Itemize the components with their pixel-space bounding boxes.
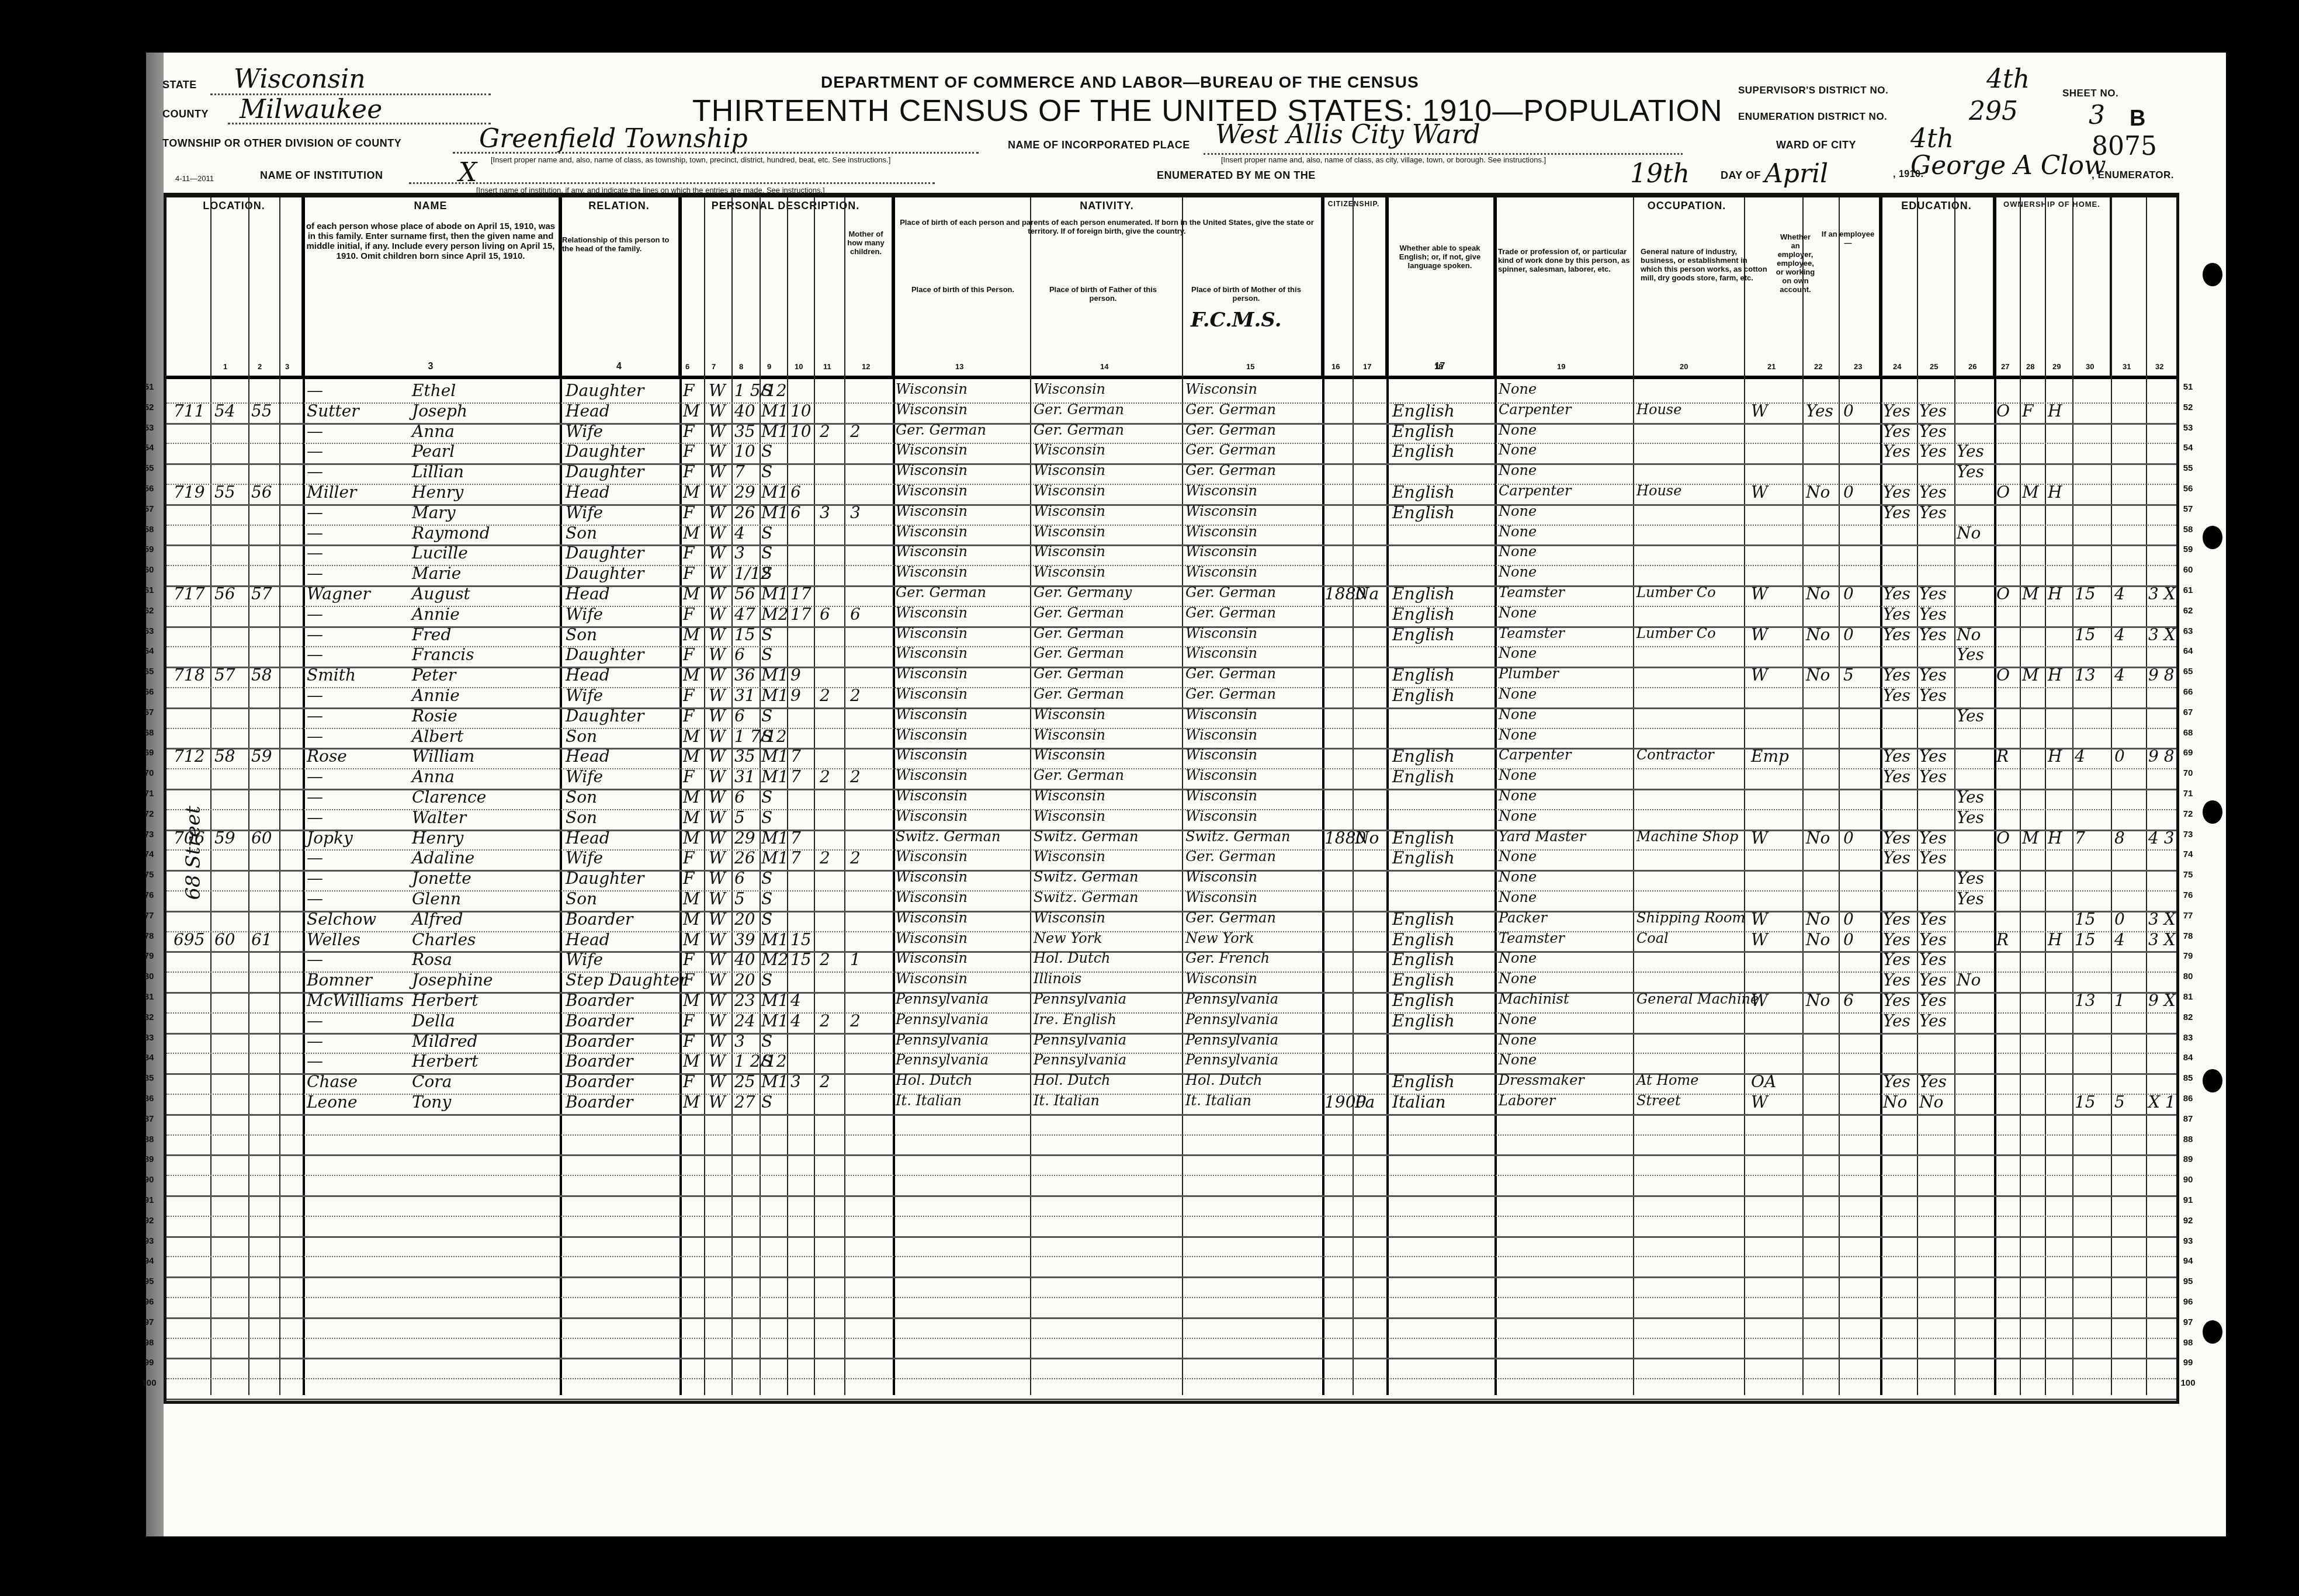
father-birthplace-cell: New York (1034, 930, 1102, 946)
marital-status-cell: S (761, 727, 772, 746)
table-row: —AnnaWifeFW35M11022Ger. GermanGer. Germa… (167, 425, 2176, 442)
race-cell: W (709, 727, 726, 746)
race-cell: W (709, 564, 726, 583)
school-attendance-cell: Yes (1957, 889, 1984, 908)
employer-class-cell: W (1751, 483, 1768, 502)
line-number: 55 (137, 463, 161, 473)
can-write-cell: Yes (1919, 848, 1947, 868)
line-number: 95 (2176, 1276, 2200, 1286)
free-mortgaged-cell: M (2022, 483, 2039, 502)
employer-class-cell: W (1751, 401, 1768, 421)
birthplace-cell: Wisconsin (896, 706, 968, 723)
birthplace-cell: Wisconsin (896, 625, 968, 641)
line-number: 66 (137, 687, 161, 697)
can-read-cell: Yes (1883, 767, 1910, 786)
years-married-cell: 7 (790, 848, 801, 868)
line-number: 88 (137, 1134, 161, 1144)
col-32-cell: 3 X (2148, 910, 2176, 929)
dwelling-number-cell: 57 (214, 665, 235, 685)
industry-cell: Lumber Co (1636, 584, 1716, 601)
trade-cell: None (1499, 727, 1537, 743)
row-rule (167, 544, 2176, 546)
surname-cell: Bomner (307, 970, 372, 990)
school-attendance-cell: Yes (1957, 442, 1984, 461)
race-cell: W (709, 869, 726, 888)
row-rule (167, 565, 2176, 566)
mother-birthplace-cell: Wisconsin (1185, 727, 1257, 743)
table-row: —RosaWifeFW40M21521WisconsinHol. DutchGe… (167, 953, 2176, 970)
birthplace-cell: Wisconsin (896, 686, 968, 702)
years-married-cell: 7 (790, 767, 801, 786)
can-read-cell: Yes (1883, 950, 1910, 969)
children-born-cell: 2 (820, 950, 830, 969)
table-row: —FrancisDaughterFW6SWisconsinGer. German… (167, 648, 2176, 665)
table-row: ChaseCoraBoarderFW25M132Hol. DutchHol. D… (167, 1075, 2176, 1092)
sex-cell: F (683, 381, 694, 400)
birthplace-cell: Wisconsin (896, 523, 968, 540)
sex-cell: F (683, 950, 694, 969)
children-living-cell: 2 (850, 422, 861, 441)
table-row: 7195556MillerHenryHeadMW29M16WisconsinWi… (167, 486, 2176, 503)
column-number: 22 (1814, 362, 1822, 371)
industry-cell: House (1636, 401, 1681, 418)
enumeration-district-value: 295 (1969, 96, 2018, 126)
mother-birthplace-cell: Pennsylvania (1185, 1052, 1278, 1068)
column-number: 20 (1680, 362, 1688, 371)
supervisor-district-value: 4th (1986, 64, 2030, 94)
sex-cell: F (683, 767, 694, 786)
line-number: 93 (137, 1236, 161, 1246)
marital-status-cell: M1 (761, 930, 788, 949)
relation-cell: Step Daughter (566, 970, 687, 990)
row-rule (167, 1276, 2176, 1278)
line-number: 82 (2176, 1012, 2200, 1022)
children-living-cell: 2 (850, 686, 861, 705)
age-cell: 4 (734, 523, 745, 543)
dwelling-number-cell: 58 (214, 747, 235, 766)
table-row: SelchowAlfredBoarderMW20SWisconsinWiscon… (167, 913, 2176, 930)
given-name-cell: Joseph (412, 401, 467, 421)
sex-cell: M (683, 808, 700, 827)
column-number: 10 (795, 362, 803, 371)
weeks-out-cell: 0 (1843, 584, 1854, 603)
given-name-cell: Annie (412, 605, 460, 624)
trade-cell: None (1499, 767, 1537, 783)
birthplace-cell: Wisconsin (896, 727, 968, 743)
relation-cell: Son (566, 808, 597, 827)
race-cell: W (709, 1032, 726, 1051)
sex-cell: M (683, 584, 700, 603)
township-label: Township or other division of county (162, 137, 401, 150)
line-number: 86 (2176, 1094, 2200, 1104)
sex-cell: M (683, 1092, 700, 1112)
row-rule (167, 809, 2176, 810)
language-header: Whether able to speak English; or, if no… (1386, 197, 1494, 376)
col-32-cell: 4 3 (2148, 828, 2175, 848)
mother-birthplace-cell: Ger. German (1185, 848, 1276, 865)
trade-cell: None (1499, 543, 1537, 560)
location-header: LOCATION. (167, 197, 303, 376)
col-30-cell: 15 (2075, 1092, 2096, 1112)
can-read-cell: Yes (1883, 686, 1910, 705)
race-cell: W (709, 605, 726, 624)
race-cell: W (709, 665, 726, 685)
relation-cell: Boarder (566, 1072, 633, 1091)
surname-cell: — (307, 462, 323, 481)
can-read-cell: Yes (1883, 625, 1910, 644)
age-cell: 36 (734, 665, 755, 685)
race-cell: W (709, 625, 726, 644)
children-born-cell: 2 (820, 1011, 830, 1031)
can-read-cell: Yes (1883, 483, 1910, 502)
trade-cell: Teamster (1499, 584, 1565, 601)
language-cell: English (1392, 991, 1455, 1010)
can-read-cell: Yes (1883, 930, 1910, 949)
street-number-cell: 718 (174, 665, 204, 685)
free-mortgaged-cell: F (2022, 401, 2033, 421)
father-birthplace-cell: Wisconsin (1034, 442, 1105, 458)
surname-cell: — (307, 950, 323, 969)
employer-class-cell: W (1751, 991, 1768, 1010)
father-birthplace-cell: Wisconsin (1034, 564, 1105, 580)
mother-birthplace-cell: Hol. Dutch (1185, 1072, 1263, 1088)
employer-class-cell: OA (1751, 1072, 1776, 1091)
can-write-cell: No (1919, 1092, 1943, 1112)
line-number: 54 (2176, 443, 2200, 453)
col-32-cell: 3 X (2148, 625, 2176, 644)
col-31-cell: 4 (2114, 665, 2125, 685)
can-write-cell: Yes (1919, 401, 1947, 421)
family-number-cell: 57 (251, 584, 272, 603)
relation-cell: Head (566, 584, 610, 603)
punch-hole (2203, 1320, 2222, 1344)
sheet-number: 3 (2089, 100, 2105, 130)
can-write-cell: Yes (1919, 605, 1947, 624)
column-number: 17 (1363, 362, 1371, 371)
table-row: —LucilleDaughterFW3SWisconsinWisconsinWi… (167, 547, 2176, 564)
line-number: 77 (2176, 911, 2200, 921)
col-32-cell: 3 X (2148, 930, 2176, 949)
can-read-cell: Yes (1883, 970, 1910, 990)
trade-cell: None (1499, 381, 1537, 397)
trade-cell: Packer (1499, 910, 1547, 926)
employer-class-cell: W (1751, 625, 1768, 644)
farm-house-cell: H (2048, 483, 2062, 502)
mother-birthplace-cell: Wisconsin (1185, 483, 1257, 499)
marital-status-cell: M1 (761, 503, 788, 522)
line-number: 66 (2176, 687, 2200, 697)
relation-cell: Son (566, 889, 597, 908)
row-rule (167, 1094, 2176, 1095)
language-cell: English (1392, 401, 1455, 421)
school-attendance-cell: Yes (1957, 787, 1984, 807)
industry-cell: Lumber Co (1636, 625, 1716, 641)
employer-description: Whether an employer, employee, or workin… (1775, 233, 1816, 294)
owned-rented-cell: R (1996, 747, 2009, 766)
trade-cell: None (1499, 1011, 1537, 1028)
marital-status-cell: M1 (761, 828, 788, 848)
column-number: 2 (258, 362, 262, 371)
given-name-cell: Charles (412, 930, 476, 949)
weeks-out-cell: 5 (1843, 665, 1854, 685)
language-cell: English (1392, 970, 1455, 990)
can-write-cell: Yes (1919, 584, 1947, 603)
column-number: 30 (2086, 362, 2094, 371)
age-cell: 5 (734, 808, 745, 827)
line-number: 91 (137, 1195, 161, 1205)
relation-cell: Wife (566, 503, 603, 522)
table-row: 7115455SutterJosephHeadMW40M110Wisconsin… (167, 405, 2176, 422)
line-number: 87 (2176, 1114, 2200, 1124)
marital-status-cell: S (761, 1032, 772, 1051)
relation-cell: Wife (566, 422, 603, 441)
surname-cell: — (307, 503, 323, 522)
column-number: 8 (739, 362, 743, 371)
state-label: State (162, 79, 197, 91)
col-31-cell: 8 (2114, 828, 2125, 848)
relation-cell: Son (566, 727, 597, 746)
employer-class-cell: W (1751, 665, 1768, 685)
marital-status-cell: M1 (761, 1011, 788, 1031)
race-cell: W (709, 1072, 726, 1091)
line-number: 86 (137, 1094, 161, 1104)
row-rule (167, 728, 2176, 729)
can-read-cell: Yes (1883, 828, 1910, 848)
mother-birthplace-cell: Wisconsin (1185, 767, 1257, 783)
enumerated-label: Enumerated by me on the (1157, 169, 1316, 182)
birthplace-cell: Wisconsin (896, 808, 968, 824)
birthplace-cell: Wisconsin (896, 564, 968, 580)
father-birthplace-cell: Wisconsin (1034, 706, 1105, 723)
relation-cell: Head (566, 665, 610, 685)
father-birthplace-cell: Pennsylvania (1034, 1032, 1126, 1048)
weeks-out-cell: 0 (1843, 483, 1854, 502)
age-cell: 6 (734, 869, 745, 888)
form-code: 4-11—2011 (175, 174, 214, 183)
line-number: 64 (2176, 646, 2200, 656)
table-row: —EthelDaughterFW1 5/12SWisconsinWisconsi… (167, 384, 2176, 401)
trade-cell: None (1499, 1052, 1537, 1068)
mother-annotation: F.C.M.S. (1191, 308, 1282, 332)
birthplace-cell: Ger. German (896, 422, 986, 438)
birthplace-cell: Wisconsin (896, 889, 968, 905)
column-number: 24 (1893, 362, 1901, 371)
incorporated-place-label: Name of incorporated place (1008, 139, 1190, 151)
surname-cell: Wagner (307, 584, 370, 603)
line-number: 75 (2176, 870, 2200, 880)
citizenship-group-label: CITIZENSHIP. (1324, 200, 1383, 208)
sex-cell: F (683, 462, 694, 481)
scan-border-bottom (0, 1536, 2299, 1596)
marital-status-cell: M1 (761, 767, 788, 786)
out-of-work-cell: No (1806, 584, 1830, 603)
can-write-cell: Yes (1919, 910, 1947, 929)
mother-birthplace-cell: Pennsylvania (1185, 1011, 1278, 1028)
farm-house-cell: H (2048, 828, 2062, 848)
column-number: 6 (685, 362, 689, 371)
children-living-cell: 2 (850, 1011, 861, 1031)
weeks-out-cell: 0 (1843, 930, 1854, 949)
sex-cell: F (683, 645, 694, 664)
age-cell: 27 (734, 1092, 755, 1112)
birth-father-label: Place of birth of Father of this person. (1039, 285, 1167, 303)
mother-birthplace-cell: Wisconsin (1185, 787, 1257, 804)
line-number: 91 (2176, 1195, 2200, 1205)
mother-children-label: Mother of how many children. (842, 230, 889, 256)
row-rule (167, 443, 2176, 444)
trade-cell: Laborer (1499, 1092, 1555, 1109)
relation-description: Relationship of this person to the head … (562, 235, 676, 253)
line-number: 87 (137, 1114, 161, 1124)
given-name-cell: Henry (412, 828, 463, 848)
race-cell: W (709, 767, 726, 786)
surname-cell: — (307, 787, 323, 807)
township-note: [Insert proper name and, also, name of c… (491, 155, 890, 164)
marital-status-cell: M2 (761, 950, 788, 969)
name-description: of each person whose place of abode on A… (305, 221, 556, 261)
ward-label: Ward of city (1776, 139, 1856, 151)
column-number: 18 (1434, 362, 1442, 371)
sex-cell: F (683, 706, 694, 726)
can-read-cell: Yes (1883, 665, 1910, 685)
dwelling-number-cell: 56 (214, 584, 235, 603)
extra-columns-header (2111, 197, 2176, 376)
row-rule (167, 1358, 2176, 1359)
line-number: 51 (137, 382, 161, 392)
mother-birthplace-cell: Wisconsin (1185, 747, 1257, 763)
col-30-cell: 15 (2075, 625, 2096, 644)
row-rule (167, 667, 2176, 668)
trade-cell: None (1499, 503, 1537, 519)
table-row: —FredSonMW15SWisconsinGer. GermanWiscons… (167, 629, 2176, 646)
relation-cell: Head (566, 828, 610, 848)
trade-cell: None (1499, 950, 1537, 966)
col-32-cell: 9 8 (2148, 665, 2175, 685)
relation-cell: Wife (566, 767, 603, 786)
given-name-cell: Fred (412, 625, 451, 644)
relation-group-label: RELATION. (562, 200, 676, 212)
out-of-work-cell: No (1806, 828, 1830, 848)
line-number: 70 (2176, 768, 2200, 778)
trade-cell: Teamster (1499, 930, 1565, 946)
language-cell: English (1392, 686, 1455, 705)
line-number: 68 (2176, 728, 2200, 738)
age-cell: 29 (734, 828, 755, 848)
father-birthplace-cell: Ire. English (1034, 1011, 1116, 1028)
line-number: 60 (137, 565, 161, 575)
table-row: —LillianDaughterFW7SWisconsinWisconsinGe… (167, 466, 2176, 483)
column-number: 23 (1854, 362, 1862, 371)
column-number: 13 (955, 362, 963, 371)
col-32-cell: 9 8 (2148, 747, 2175, 766)
can-write-cell: Yes (1919, 767, 1947, 786)
line-number: 81 (2176, 992, 2200, 1002)
relation-cell: Boarder (566, 1032, 633, 1051)
can-write-cell: Yes (1919, 747, 1947, 766)
farm-house-cell: H (2048, 665, 2062, 685)
birthplace-cell: Wisconsin (896, 401, 968, 418)
column-number: 3 (285, 362, 289, 371)
can-read-cell: Yes (1883, 401, 1910, 421)
line-number: 92 (2176, 1216, 2200, 1226)
line-number: 95 (137, 1276, 161, 1286)
father-birthplace-cell: Ger. German (1034, 422, 1124, 438)
line-number: 61 (2176, 585, 2200, 595)
trade-cell: None (1499, 889, 1537, 905)
marital-status-cell: M1 (761, 665, 788, 685)
nativity-group-label: NATIVITY. (895, 200, 1319, 212)
mother-birthplace-cell: Ger. German (1185, 665, 1276, 682)
incorporated-place-underline (1204, 153, 1683, 155)
mother-birthplace-cell: Wisconsin (1185, 625, 1257, 641)
children-living-cell: 2 (850, 767, 861, 786)
table-row: —AnnieWifeFW47M21766WisconsinGer. German… (167, 608, 2176, 625)
row-rule (167, 484, 2176, 485)
given-name-cell: Pearl (412, 442, 455, 461)
birthplace-cell: Wisconsin (896, 605, 968, 621)
col-32-cell: 3 X (2148, 584, 2176, 603)
marital-status-cell: S (761, 1052, 772, 1071)
line-number: 72 (137, 809, 161, 819)
line-number: 65 (2176, 667, 2200, 676)
marital-status-cell: S (761, 543, 772, 563)
surname-cell: — (307, 869, 323, 888)
surname-cell: Selchow (307, 910, 376, 929)
industry-cell: Coal (1636, 930, 1669, 946)
race-cell: W (709, 787, 726, 807)
form-title: THIRTEENTH CENSUS OF THE UNITED STATES: … (692, 93, 1723, 129)
language-cell: English (1392, 503, 1455, 522)
race-cell: W (709, 747, 726, 766)
surname-cell: Sutter (307, 401, 359, 421)
out-of-work-cell: Yes (1806, 401, 1833, 421)
enumerator-label: , Enumerator. (2092, 169, 2174, 181)
scan-border-right (2226, 0, 2299, 1596)
line-number: 99 (137, 1358, 161, 1368)
county-value: Milwaukee (240, 95, 382, 124)
can-write-cell: Yes (1919, 970, 1947, 990)
nativity-header: NATIVITY. Place of birth of each person … (893, 197, 1322, 376)
given-name-cell: Ethel (412, 381, 456, 400)
sex-cell: M (683, 625, 700, 644)
owned-rented-cell: R (1996, 930, 2009, 949)
line-number: 74 (2176, 849, 2200, 859)
relation-cell: Son (566, 625, 597, 644)
line-number: 73 (2176, 830, 2200, 839)
race-cell: W (709, 706, 726, 726)
age-cell: 15 (734, 625, 755, 644)
race-cell: W (709, 1092, 726, 1112)
can-read-cell: Yes (1883, 503, 1910, 522)
given-name-cell: Albert (412, 727, 463, 746)
language-cell: English (1392, 442, 1455, 461)
industry-cell: Street (1636, 1092, 1681, 1109)
father-birthplace-cell: Ger. German (1034, 645, 1124, 661)
relation-cell: Son (566, 787, 597, 807)
birthplace-cell: Wisconsin (896, 869, 968, 885)
language-cell: English (1392, 910, 1455, 929)
enumeration-month: April (1764, 159, 1828, 189)
children-living-cell: 2 (850, 848, 861, 868)
given-name-cell: Peter (412, 665, 456, 685)
age-cell: 29 (734, 483, 755, 502)
trade-cell: None (1499, 1032, 1537, 1048)
col-30-cell: 15 (2075, 910, 2096, 929)
given-name-cell: Henry (412, 483, 463, 502)
table-row: 7175657WagnerAugustHeadMW56M117Ger. Germ… (167, 588, 2176, 605)
column-number: 7 (712, 362, 716, 371)
trade-description: Trade or profession of, or particular ki… (1498, 247, 1632, 273)
